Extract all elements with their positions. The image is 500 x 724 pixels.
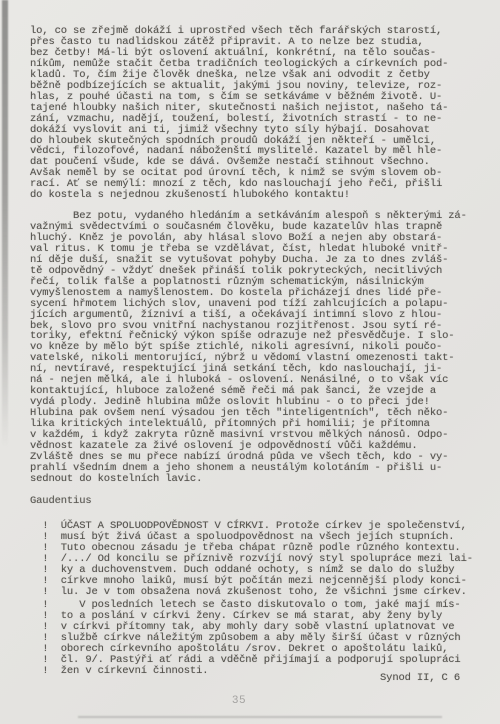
page-number: 35	[0, 695, 478, 707]
scan-artifact-line	[78, 716, 442, 718]
quote-attribution: Synod II, C 6	[380, 672, 460, 684]
scanned-document-page: lo, co se zřejmě dokáží i uprostřed všec…	[0, 0, 500, 724]
page-left-edge-shadow	[2, 0, 8, 448]
body-paragraph-2: Bez potu, vydaného hledáním a setkáváním…	[30, 211, 467, 485]
quote-block-church-participation: ! ÚČAST A SPOLUODPOVĚDNOST V CÍRKVI. Pro…	[30, 521, 473, 598]
quote-block-women-in-church: ! V posledních letech se často diskutova…	[30, 600, 461, 677]
author-signature: Gaudentius	[30, 495, 92, 507]
body-paragraph-1: lo, co se zřejmě dokáží i uprostřed všec…	[30, 26, 448, 201]
